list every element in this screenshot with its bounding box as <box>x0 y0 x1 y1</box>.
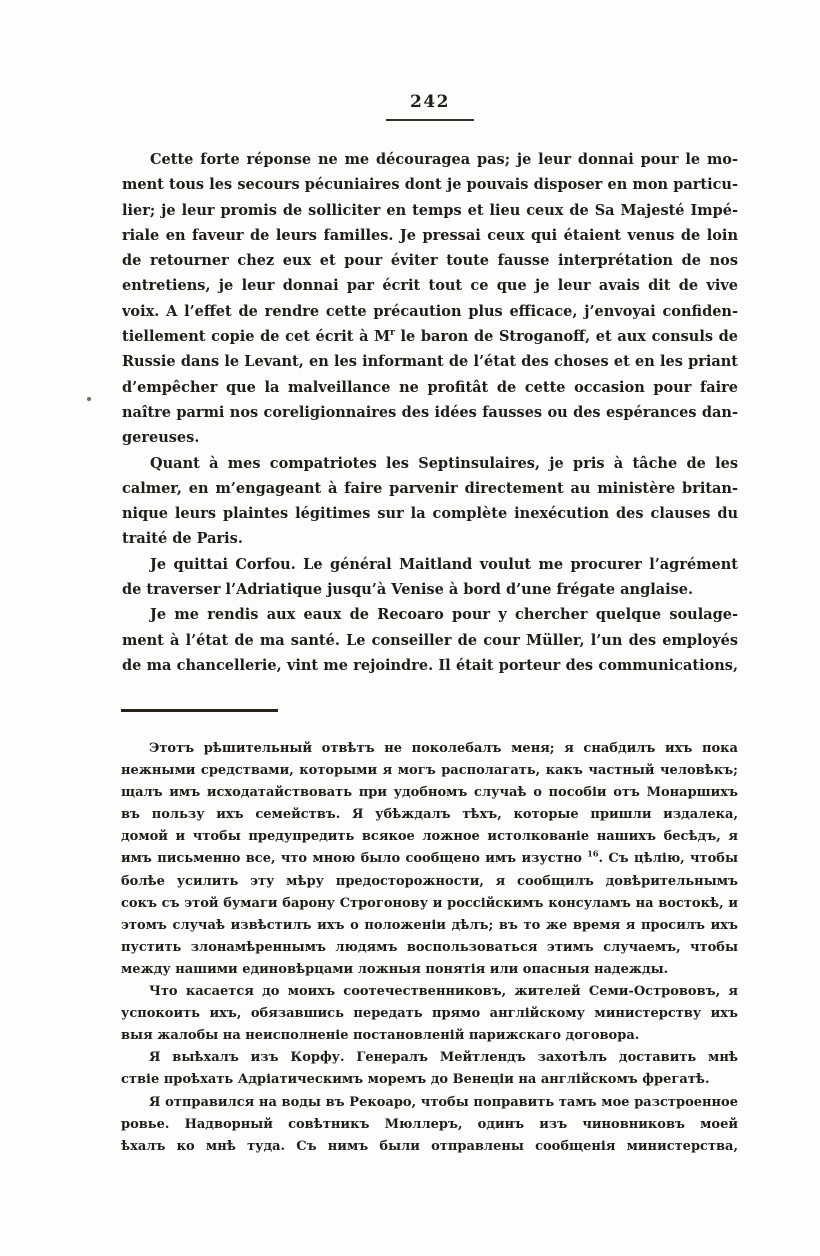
footnote-paragraph-1: Этотъ рѣшительный отвѣтъ не поколебалъ м… <box>121 738 738 981</box>
text-line: щалъ имъ исходатайствовать при удобномъ … <box>121 782 738 804</box>
text-line: въ пользу ихъ семействъ. Я убѣждалъ тѣхъ… <box>121 804 738 826</box>
text-line: de ma chancellerie, vint me rejoindre. I… <box>122 653 738 678</box>
text-segment: имъ письменно все, что мною было сообщен… <box>121 851 587 866</box>
text-segment: tiellement copie de cet écrit à M <box>122 328 390 345</box>
text-line: нежными средствами, которыми я могъ расп… <box>121 760 738 782</box>
footnote-paragraph-4: Я отправился на воды въ Рекоаро, чтобы п… <box>121 1092 738 1158</box>
book-page: 242 Cette forte réponse ne me découragea… <box>0 0 820 1256</box>
text-line: Je quittai Corfou. Le général Maitland v… <box>122 552 738 577</box>
french-paragraph-1: Cette forte réponse ne me découragea pas… <box>122 147 738 451</box>
text-line: entretiens, je leur donnai par écrit tou… <box>122 273 738 298</box>
text-line: успокоить ихъ, обязавшись передать прямо… <box>121 1003 738 1025</box>
text-line: выя жалобы на неисполненіе постановленій… <box>121 1025 738 1047</box>
text-line: de retourner chez eux et pour éviter tou… <box>122 248 738 273</box>
text-segment: le baron de Stroganoff, et aux consuls d… <box>395 328 738 345</box>
text-line: lier; je leur promis de solliciter en te… <box>122 198 738 223</box>
footnote-ref-16: 16 <box>587 849 598 859</box>
text-line: имъ письменно все, что мною было сообщен… <box>121 848 738 870</box>
page-header: 242 <box>122 92 738 121</box>
text-line: voix. A l’effet de rendre cette précauti… <box>122 299 738 324</box>
text-line: naître parmi nos coreligionnaires des id… <box>122 400 738 425</box>
french-paragraph-3: Je quittai Corfou. Le général Maitland v… <box>122 552 738 603</box>
french-paragraph-4: Je me rendis aux eaux de Recoaro pour y … <box>122 602 738 678</box>
text-line: ment tous les secours pécuniaires dont j… <box>122 172 738 197</box>
text-line: traité de Paris. <box>122 526 738 551</box>
footnote-separator-rule <box>121 709 278 712</box>
text-line: ровье. Надворный совѣтникъ Мюллеръ, один… <box>121 1114 738 1136</box>
footnote-paragraph-3: Я выѣхалъ изъ Корфу. Генералъ Мейтлендъ … <box>121 1047 738 1091</box>
french-paragraph-2: Quant à mes compatriotes les Septinsulai… <box>122 451 738 552</box>
text-line: болѣе усилить эту мѣру предосторожности,… <box>121 871 738 893</box>
page-number: 242 <box>386 92 474 121</box>
text-line: tiellement copie de cet écrit à Mr le ba… <box>122 324 738 349</box>
text-line: Cette forte réponse ne me découragea pas… <box>122 147 738 172</box>
text-line: Что касается до моихъ соотечественниковъ… <box>121 981 738 1003</box>
text-line: Russie dans le Levant, en les informant … <box>122 349 738 374</box>
text-line: de traverser l’Adriatique jusqu’à Venise… <box>122 577 738 602</box>
text-line: этомъ случаѣ извѣстилъ ихъ о положеніи д… <box>121 915 738 937</box>
main-text-french: Cette forte réponse ne me découragea pas… <box>122 147 738 678</box>
text-line: пустить злонамѣреннымъ людямъ воспользов… <box>121 937 738 959</box>
text-line: ment à l’état de ma santé. Le conseiller… <box>122 628 738 653</box>
text-line: riale en faveur de leurs familles. Je pr… <box>122 223 738 248</box>
text-line: d’empêcher que la malveillance ne profit… <box>122 375 738 400</box>
text-line: сокъ съ этой бумаги барону Строгонову и … <box>121 893 738 915</box>
text-line: ѣхалъ ко мнѣ туда. Съ нимъ были отправле… <box>121 1136 738 1158</box>
text-line: calmer, en m’engageant à faire parvenir … <box>122 476 738 501</box>
footnote-paragraph-2: Что касается до моихъ соотечественниковъ… <box>121 981 738 1047</box>
text-line: Quant à mes compatriotes les Septinsulai… <box>122 451 738 476</box>
text-line: Je me rendis aux eaux de Recoaro pour y … <box>122 602 738 627</box>
text-line: Этотъ рѣшительный отвѣтъ не поколебалъ м… <box>121 738 738 760</box>
text-line: домой и чтобы предупредить всякое ложное… <box>121 826 738 848</box>
text-line: gereuses. <box>122 425 738 450</box>
text-line: между нашими единовѣрцами ложныя понятія… <box>121 959 738 981</box>
footnote-text-russian: Этотъ рѣшительный отвѣтъ не поколебалъ м… <box>121 738 738 1158</box>
text-line: nique leurs plaintes légitimes sur la co… <box>122 501 738 526</box>
text-line: ствіе проѣхать Адріатическимъ моремъ до … <box>121 1069 738 1091</box>
text-line: Я отправился на воды въ Рекоаро, чтобы п… <box>121 1092 738 1114</box>
scan-artifact-dot <box>87 397 91 401</box>
text-line: Я выѣхалъ изъ Корфу. Генералъ Мейтлендъ … <box>121 1047 738 1069</box>
